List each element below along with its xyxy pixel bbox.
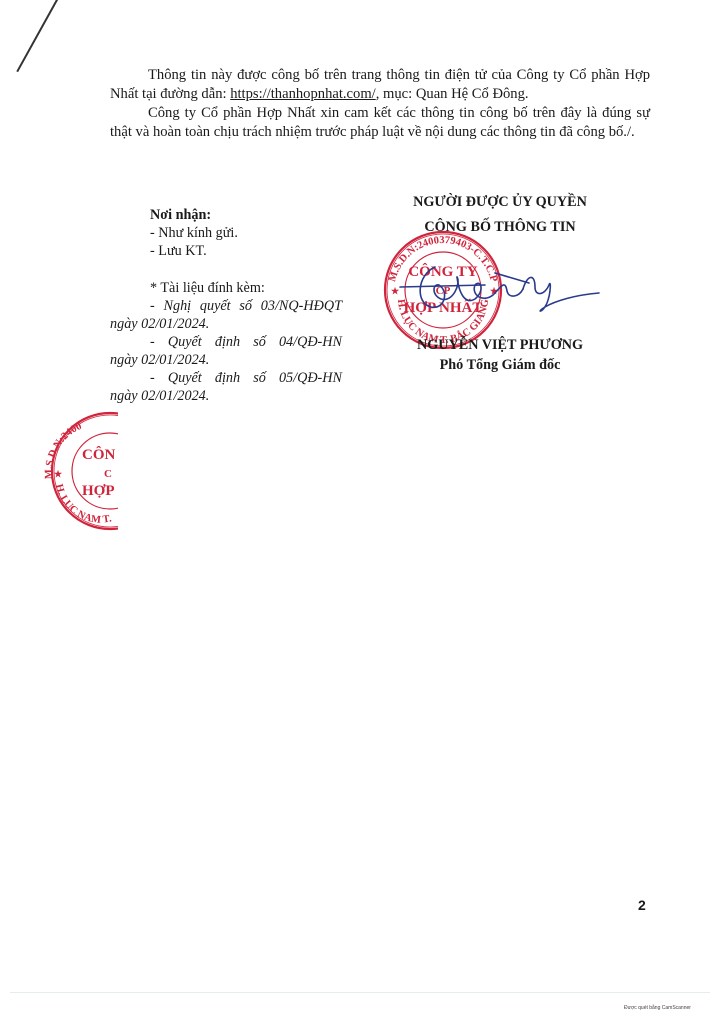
paragraph-text: Công ty Cổ phần Hợp Nhất xin cam kết các… xyxy=(110,105,650,140)
attachment-date: ngày 02/01/2024. xyxy=(110,315,342,333)
scan-edge-mark xyxy=(16,0,59,72)
attachment-date: ngày 02/01/2024. xyxy=(110,351,342,369)
svg-text:CÔN: CÔN xyxy=(82,446,116,463)
svg-text:M.S.D.N:2400: M.S.D.N:2400 xyxy=(44,421,84,479)
website-link[interactable]: https://thanhopnhat.com/ xyxy=(230,86,376,102)
svg-text:★: ★ xyxy=(54,469,63,479)
disclosure-paragraph: Thông tin này được công bố trên trang th… xyxy=(110,66,650,104)
signatory-position: Phó Tổng Giám đốc xyxy=(375,355,625,375)
attachments-block: * Tài liệu đính kèm: - Nghị quyết số 03/… xyxy=(110,279,342,405)
recipient-item: - Lưu KT. xyxy=(150,242,238,260)
page-number: 2 xyxy=(638,897,646,913)
recipients-block: Nơi nhận: - Như kính gửi. - Lưu KT. xyxy=(150,206,238,260)
attachment-item: - Nghị quyết số 03/NQ-HĐQT xyxy=(110,297,342,315)
attachment-date: ngày 02/01/2024. xyxy=(110,387,342,405)
signature-heading-line: NGƯỜI ĐƯỢC ỦY QUYỀN xyxy=(375,190,625,215)
attachments-title: * Tài liệu đính kèm: xyxy=(110,279,342,297)
recipient-item: - Như kính gửi. xyxy=(150,224,238,242)
document-page: Thông tin này được công bố trên trang th… xyxy=(0,0,724,1024)
signatory-name: NGUYỄN VIỆT PHƯƠNG xyxy=(375,335,625,355)
signature-scribble xyxy=(395,255,605,335)
attachment-item: - Quyết định số 05/QĐ-HN xyxy=(110,369,342,387)
paragraph-text: , mục: Quan Hệ Cổ Đông. xyxy=(376,86,529,102)
recipients-title: Nơi nhận: xyxy=(150,206,238,224)
svg-text:HỢP 1: HỢP 1 xyxy=(82,483,125,499)
svg-text:C: C xyxy=(104,468,112,480)
commitment-paragraph: Công ty Cổ phần Hợp Nhất xin cam kết các… xyxy=(110,104,650,142)
signatory-block: NGUYỄN VIỆT PHƯƠNG Phó Tổng Giám đốc xyxy=(375,335,625,375)
scanner-watermark: Được quét bằng CamScanner xyxy=(624,1005,691,1011)
scan-footer-line xyxy=(10,992,710,993)
partial-seam-stamp: M.S.D.N:2400 H. LỤC NAM T. CÔN C HỢP 1 ★ xyxy=(36,405,126,535)
attachment-item: - Quyết định số 04/QĐ-HN xyxy=(110,333,342,351)
